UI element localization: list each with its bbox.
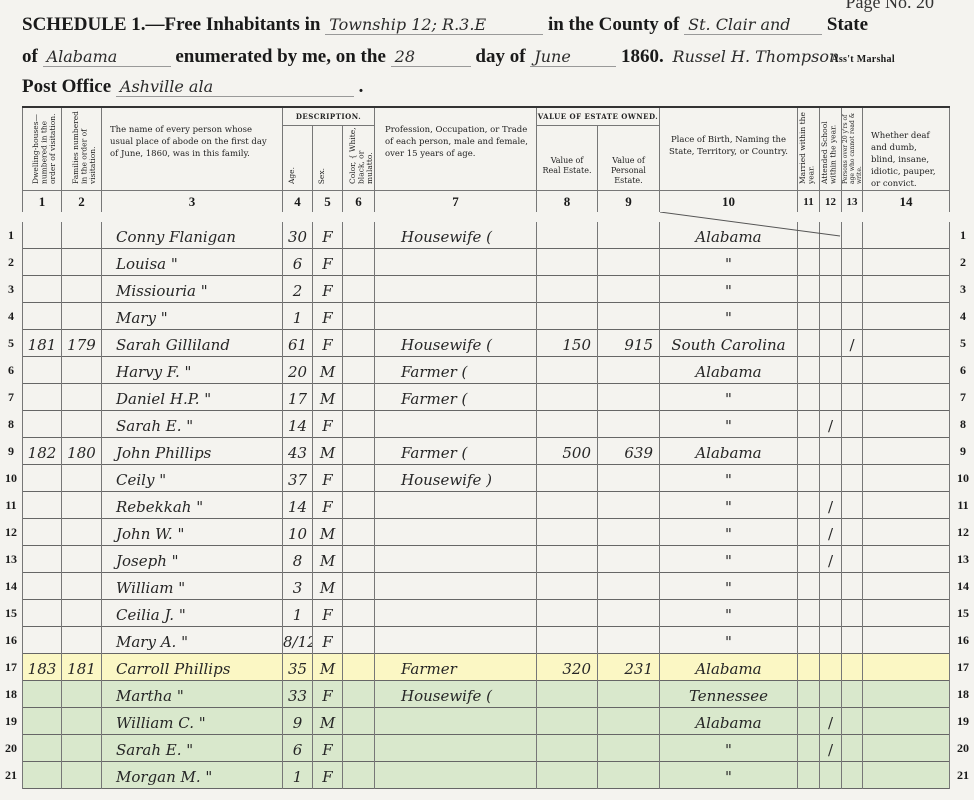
color	[343, 708, 375, 735]
school-mark: /	[820, 735, 842, 762]
sex: M	[313, 654, 343, 681]
dwelling-number	[22, 249, 62, 276]
real-estate-value	[537, 222, 598, 249]
married-mark	[798, 708, 820, 735]
occupation	[375, 249, 537, 276]
family-number	[62, 546, 102, 573]
sex: F	[313, 735, 343, 762]
school-mark	[820, 249, 842, 276]
page-number-note: Page No. 20	[846, 0, 935, 13]
married-mark	[798, 303, 820, 330]
color	[343, 681, 375, 708]
age: 37	[283, 465, 313, 492]
post-office-label: Post Office	[22, 76, 111, 97]
line-number-left: 17	[0, 654, 22, 681]
color	[343, 627, 375, 654]
school-mark	[820, 303, 842, 330]
disability-note	[863, 735, 950, 762]
school-mark	[820, 276, 842, 303]
line-number-right: 8	[952, 411, 974, 438]
school-mark	[820, 654, 842, 681]
illiterate-mark	[842, 492, 863, 519]
sex: F	[313, 330, 343, 357]
disability-note	[863, 411, 950, 438]
person-name: Martha "	[102, 681, 283, 708]
birthplace: Alabama	[660, 357, 798, 384]
column-number: 8	[537, 190, 598, 212]
person-name: Louisa "	[102, 249, 283, 276]
disability-note	[863, 276, 950, 303]
personal-estate-value	[598, 546, 660, 573]
personal-estate-value	[598, 465, 660, 492]
disability-note	[863, 519, 950, 546]
sex: M	[313, 708, 343, 735]
school-mark	[820, 465, 842, 492]
personal-estate-value	[598, 735, 660, 762]
sex: F	[313, 681, 343, 708]
occupation	[375, 546, 537, 573]
color	[343, 249, 375, 276]
color	[343, 465, 375, 492]
school-mark: /	[820, 708, 842, 735]
birthplace: "	[660, 600, 798, 627]
dwelling-number	[22, 600, 62, 627]
real-estate-value	[537, 762, 598, 789]
line-number-left: 7	[0, 384, 22, 411]
real-estate-value	[537, 465, 598, 492]
dwelling-number	[22, 492, 62, 519]
census-row: 11 Rebekkah " 14 F " / 11	[0, 492, 974, 519]
occupation: Housewife (	[375, 330, 537, 357]
line-number-right: 18	[952, 681, 974, 708]
illiterate-mark	[842, 465, 863, 492]
school-mark: /	[820, 492, 842, 519]
married-mark	[798, 438, 820, 465]
sex: M	[313, 519, 343, 546]
real-estate-value	[537, 492, 598, 519]
color	[343, 330, 375, 357]
married-mark	[798, 627, 820, 654]
age: 35	[283, 654, 313, 681]
married-mark	[798, 735, 820, 762]
census-row: 21 Morgan M. " 1 F " 21	[0, 762, 974, 789]
occupation: Farmer	[375, 654, 537, 681]
age: 20	[283, 357, 313, 384]
dwelling-number	[22, 627, 62, 654]
real-estate-value	[537, 600, 598, 627]
dwelling-number: 183	[22, 654, 62, 681]
dwelling-number	[22, 276, 62, 303]
family-number	[62, 600, 102, 627]
illiterate-mark	[842, 249, 863, 276]
age: 8	[283, 546, 313, 573]
occupation	[375, 735, 537, 762]
married-mark	[798, 465, 820, 492]
census-row: 6 Harvy F. " 20 M Farmer ( Alabama 6	[0, 357, 974, 384]
color	[343, 735, 375, 762]
column-number: 2	[62, 190, 102, 212]
line-number-left: 6	[0, 357, 22, 384]
real-estate-value	[537, 411, 598, 438]
color	[343, 546, 375, 573]
header-birthplace: Place of Birth, Naming the State, Territ…	[660, 108, 798, 190]
disability-note	[863, 573, 950, 600]
dwelling-number	[22, 222, 62, 249]
person-name: Carroll Phillips	[102, 654, 283, 681]
line-number-right: 9	[952, 438, 974, 465]
occupation	[375, 708, 537, 735]
census-row: 14 William " 3 M " 14	[0, 573, 974, 600]
color	[343, 600, 375, 627]
disability-note	[863, 438, 950, 465]
family-number	[62, 573, 102, 600]
header-name: The name of every person whose usual pla…	[102, 108, 283, 190]
column-number: 12	[820, 190, 842, 212]
line-number-right: 13	[952, 546, 974, 573]
birthplace: "	[660, 492, 798, 519]
dwelling-number	[22, 735, 62, 762]
census-row: 17 183 181 Carroll Phillips 35 M Farmer …	[0, 654, 974, 681]
census-row: 2 Louisa " 6 F " 2	[0, 249, 974, 276]
census-row: 3 Missiouria " 2 F " 3	[0, 276, 974, 303]
birthplace: "	[660, 627, 798, 654]
marshal-label: Ass't Marshal	[831, 54, 895, 65]
age: 1	[283, 762, 313, 789]
line-number-right: 4	[952, 303, 974, 330]
diagonal-strike-line	[660, 212, 860, 242]
birthplace: Tennessee	[660, 681, 798, 708]
census-row: 18 Martha " 33 F Housewife ( Tennessee 1…	[0, 681, 974, 708]
column-number: 14	[863, 190, 950, 212]
person-name: John W. "	[102, 519, 283, 546]
school-mark	[820, 384, 842, 411]
occupation	[375, 600, 537, 627]
header-married: Married within the year.	[798, 108, 820, 190]
line-number-right: 6	[952, 357, 974, 384]
personal-estate-value	[598, 627, 660, 654]
age: 8/12	[283, 627, 313, 654]
personal-estate-value	[598, 492, 660, 519]
person-name: Sarah E. "	[102, 735, 283, 762]
personal-estate-value: 231	[598, 654, 660, 681]
line-number-right: 12	[952, 519, 974, 546]
age: 3	[283, 573, 313, 600]
birthplace: "	[660, 411, 798, 438]
real-estate-value: 500	[537, 438, 598, 465]
real-estate-value	[537, 519, 598, 546]
line-number-right: 20	[952, 735, 974, 762]
occupation	[375, 627, 537, 654]
line-number-left: 15	[0, 600, 22, 627]
age: 1	[283, 303, 313, 330]
age: 6	[283, 735, 313, 762]
family-number	[62, 708, 102, 735]
line-number-right: 1	[952, 222, 974, 249]
birthplace: "	[660, 384, 798, 411]
column-number: 9	[598, 190, 660, 212]
age: 61	[283, 330, 313, 357]
illiterate-mark	[842, 384, 863, 411]
disability-note	[863, 384, 950, 411]
disability-note	[863, 249, 950, 276]
census-row: 9 182 180 John Phillips 43 M Farmer ( 50…	[0, 438, 974, 465]
dwelling-number	[22, 519, 62, 546]
age: 2	[283, 276, 313, 303]
disability-note	[863, 600, 950, 627]
school-mark	[820, 600, 842, 627]
family-number	[62, 735, 102, 762]
person-name: Harvy F. "	[102, 357, 283, 384]
married-mark	[798, 330, 820, 357]
dwelling-number	[22, 708, 62, 735]
school-mark: /	[820, 519, 842, 546]
census-row: 15 Ceilia J. " 1 F " 15	[0, 600, 974, 627]
real-estate-value	[537, 384, 598, 411]
person-name: Daniel H.P. "	[102, 384, 283, 411]
family-number	[62, 519, 102, 546]
occupation	[375, 276, 537, 303]
header-personal-estate: Value of Personal Estate.	[598, 126, 660, 190]
age: 14	[283, 492, 313, 519]
dwelling-number	[22, 573, 62, 600]
line-number-left: 11	[0, 492, 22, 519]
real-estate-value	[537, 357, 598, 384]
column-number: 11	[798, 190, 820, 212]
enumerated-label: enumerated by me, on the	[175, 46, 386, 67]
illiterate-mark	[842, 276, 863, 303]
dwelling-number	[22, 681, 62, 708]
illiterate-mark	[842, 573, 863, 600]
age: 33	[283, 681, 313, 708]
real-estate-value	[537, 573, 598, 600]
personal-estate-value	[598, 600, 660, 627]
birthplace: South Carolina	[660, 330, 798, 357]
day-field: 28	[391, 47, 471, 67]
age: 6	[283, 249, 313, 276]
line-number-left: 21	[0, 762, 22, 789]
sex: F	[313, 465, 343, 492]
dwelling-number	[22, 762, 62, 789]
color	[343, 276, 375, 303]
personal-estate-value	[598, 249, 660, 276]
line-number-left: 18	[0, 681, 22, 708]
disability-note	[863, 492, 950, 519]
personal-estate-value	[598, 222, 660, 249]
line-number-left: 5	[0, 330, 22, 357]
disability-note	[863, 627, 950, 654]
schedule-title: SCHEDULE 1.—Free Inhabitants in	[22, 14, 320, 35]
family-number	[62, 465, 102, 492]
state-field: Alabama	[43, 47, 171, 67]
disability-note	[863, 546, 950, 573]
sex: F	[313, 249, 343, 276]
illiterate-mark	[842, 600, 863, 627]
header-illiterate: Persons over 20 y'rs of age who cannot r…	[842, 108, 863, 190]
family-number	[62, 222, 102, 249]
line-number-left: 19	[0, 708, 22, 735]
personal-estate-value	[598, 303, 660, 330]
sex: M	[313, 357, 343, 384]
column-number: 7	[375, 190, 537, 212]
married-mark	[798, 654, 820, 681]
line-number-right: 7	[952, 384, 974, 411]
disability-note	[863, 222, 950, 249]
occupation	[375, 492, 537, 519]
sex: M	[313, 573, 343, 600]
family-number	[62, 303, 102, 330]
line-number-right: 2	[952, 249, 974, 276]
person-name: Mary A. "	[102, 627, 283, 654]
column-number: 1	[22, 190, 62, 212]
age: 9	[283, 708, 313, 735]
census-row: 20 Sarah E. " 6 F " / 20	[0, 735, 974, 762]
school-mark	[820, 681, 842, 708]
occupation: Farmer (	[375, 357, 537, 384]
post-office-field: Ashville ala	[116, 77, 354, 97]
personal-estate-value	[598, 708, 660, 735]
illiterate-mark	[842, 519, 863, 546]
illiterate-mark	[842, 303, 863, 330]
enumeration-line: of Alabama enumerated by me, on the 28 d…	[22, 46, 895, 68]
real-estate-value	[537, 681, 598, 708]
header-color: Color, { White, black, or mulatto.	[343, 126, 375, 190]
married-mark	[798, 492, 820, 519]
real-estate-value: 150	[537, 330, 598, 357]
personal-estate-value: 639	[598, 438, 660, 465]
birthplace: "	[660, 546, 798, 573]
married-mark	[798, 546, 820, 573]
illiterate-mark	[842, 438, 863, 465]
color	[343, 519, 375, 546]
year-label: 1860.	[621, 46, 664, 67]
census-row: 5 181 179 Sarah Gilliland 61 F Housewife…	[0, 330, 974, 357]
occupation	[375, 762, 537, 789]
family-number	[62, 492, 102, 519]
personal-estate-value	[598, 762, 660, 789]
color	[343, 384, 375, 411]
color	[343, 654, 375, 681]
disability-note	[863, 330, 950, 357]
occupation	[375, 573, 537, 600]
family-number	[62, 762, 102, 789]
column-number: 6	[343, 190, 375, 212]
school-mark	[820, 330, 842, 357]
real-estate-value	[537, 303, 598, 330]
family-number	[62, 681, 102, 708]
line-number-left: 12	[0, 519, 22, 546]
post-office-period: .	[359, 76, 364, 97]
school-mark: /	[820, 411, 842, 438]
school-mark	[820, 438, 842, 465]
person-name: John Phillips	[102, 438, 283, 465]
census-row: 8 Sarah E. " 14 F " / 8	[0, 411, 974, 438]
real-estate-value	[537, 276, 598, 303]
married-mark	[798, 573, 820, 600]
disability-note	[863, 303, 950, 330]
birthplace: "	[660, 762, 798, 789]
census-row: 10 Ceily " 37 F Housewife ) " 10	[0, 465, 974, 492]
header-disability: Whether deaf and dumb, blind, insane, id…	[863, 108, 950, 190]
header-dwelling: Dwelling-houses—numbered in the order of…	[22, 108, 62, 190]
township-field: Township 12; R.3.E	[325, 15, 543, 35]
county-field: St. Clair and	[684, 15, 822, 35]
state-label: State	[827, 14, 868, 35]
personal-estate-value	[598, 411, 660, 438]
header-value-group: VALUE OF ESTATE OWNED.	[537, 108, 660, 126]
personal-estate-value	[598, 573, 660, 600]
dwelling-number	[22, 546, 62, 573]
birthplace: Alabama	[660, 708, 798, 735]
census-row: 16 Mary A. " 8/12 F " 16	[0, 627, 974, 654]
dwelling-number	[22, 411, 62, 438]
school-mark: /	[820, 546, 842, 573]
person-name: Mary "	[102, 303, 283, 330]
married-mark	[798, 357, 820, 384]
line-number-left: 14	[0, 573, 22, 600]
line-number-left: 16	[0, 627, 22, 654]
day-of-label: day of	[475, 46, 525, 67]
age: 17	[283, 384, 313, 411]
married-mark	[798, 762, 820, 789]
census-row: 13 Joseph " 8 M " / 13	[0, 546, 974, 573]
census-row: 7 Daniel H.P. " 17 M Farmer ( " 7	[0, 384, 974, 411]
disability-note	[863, 762, 950, 789]
illiterate-mark	[842, 762, 863, 789]
color	[343, 222, 375, 249]
birthplace: Alabama	[660, 438, 798, 465]
line-number-right: 14	[952, 573, 974, 600]
married-mark	[798, 276, 820, 303]
person-name: Rebekkah "	[102, 492, 283, 519]
family-number	[62, 276, 102, 303]
dwelling-number: 182	[22, 438, 62, 465]
person-name: Missiouria "	[102, 276, 283, 303]
married-mark	[798, 519, 820, 546]
sex: F	[313, 411, 343, 438]
color	[343, 762, 375, 789]
birthplace: "	[660, 465, 798, 492]
illiterate-mark: /	[842, 330, 863, 357]
age: 14	[283, 411, 313, 438]
age: 43	[283, 438, 313, 465]
married-mark	[798, 600, 820, 627]
header-school: Attended School within the year.	[820, 108, 842, 190]
personal-estate-value	[598, 519, 660, 546]
header-occupation: Profession, Occupation, or Trade of each…	[375, 108, 537, 190]
column-number: 10	[660, 190, 798, 212]
dwelling-number	[22, 357, 62, 384]
occupation	[375, 411, 537, 438]
illiterate-mark	[842, 735, 863, 762]
header-description-group: DESCRIPTION.	[283, 108, 375, 126]
occupation	[375, 303, 537, 330]
school-mark	[820, 357, 842, 384]
line-number-left: 4	[0, 303, 22, 330]
of-label: of	[22, 46, 38, 67]
sex: M	[313, 384, 343, 411]
illiterate-mark	[842, 708, 863, 735]
birthplace: "	[660, 519, 798, 546]
occupation: Housewife (	[375, 222, 537, 249]
birthplace: "	[660, 573, 798, 600]
illiterate-mark	[842, 627, 863, 654]
age: 30	[283, 222, 313, 249]
dwelling-number: 181	[22, 330, 62, 357]
line-number-left: 10	[0, 465, 22, 492]
sex: M	[313, 546, 343, 573]
person-name: William "	[102, 573, 283, 600]
sex: F	[313, 600, 343, 627]
